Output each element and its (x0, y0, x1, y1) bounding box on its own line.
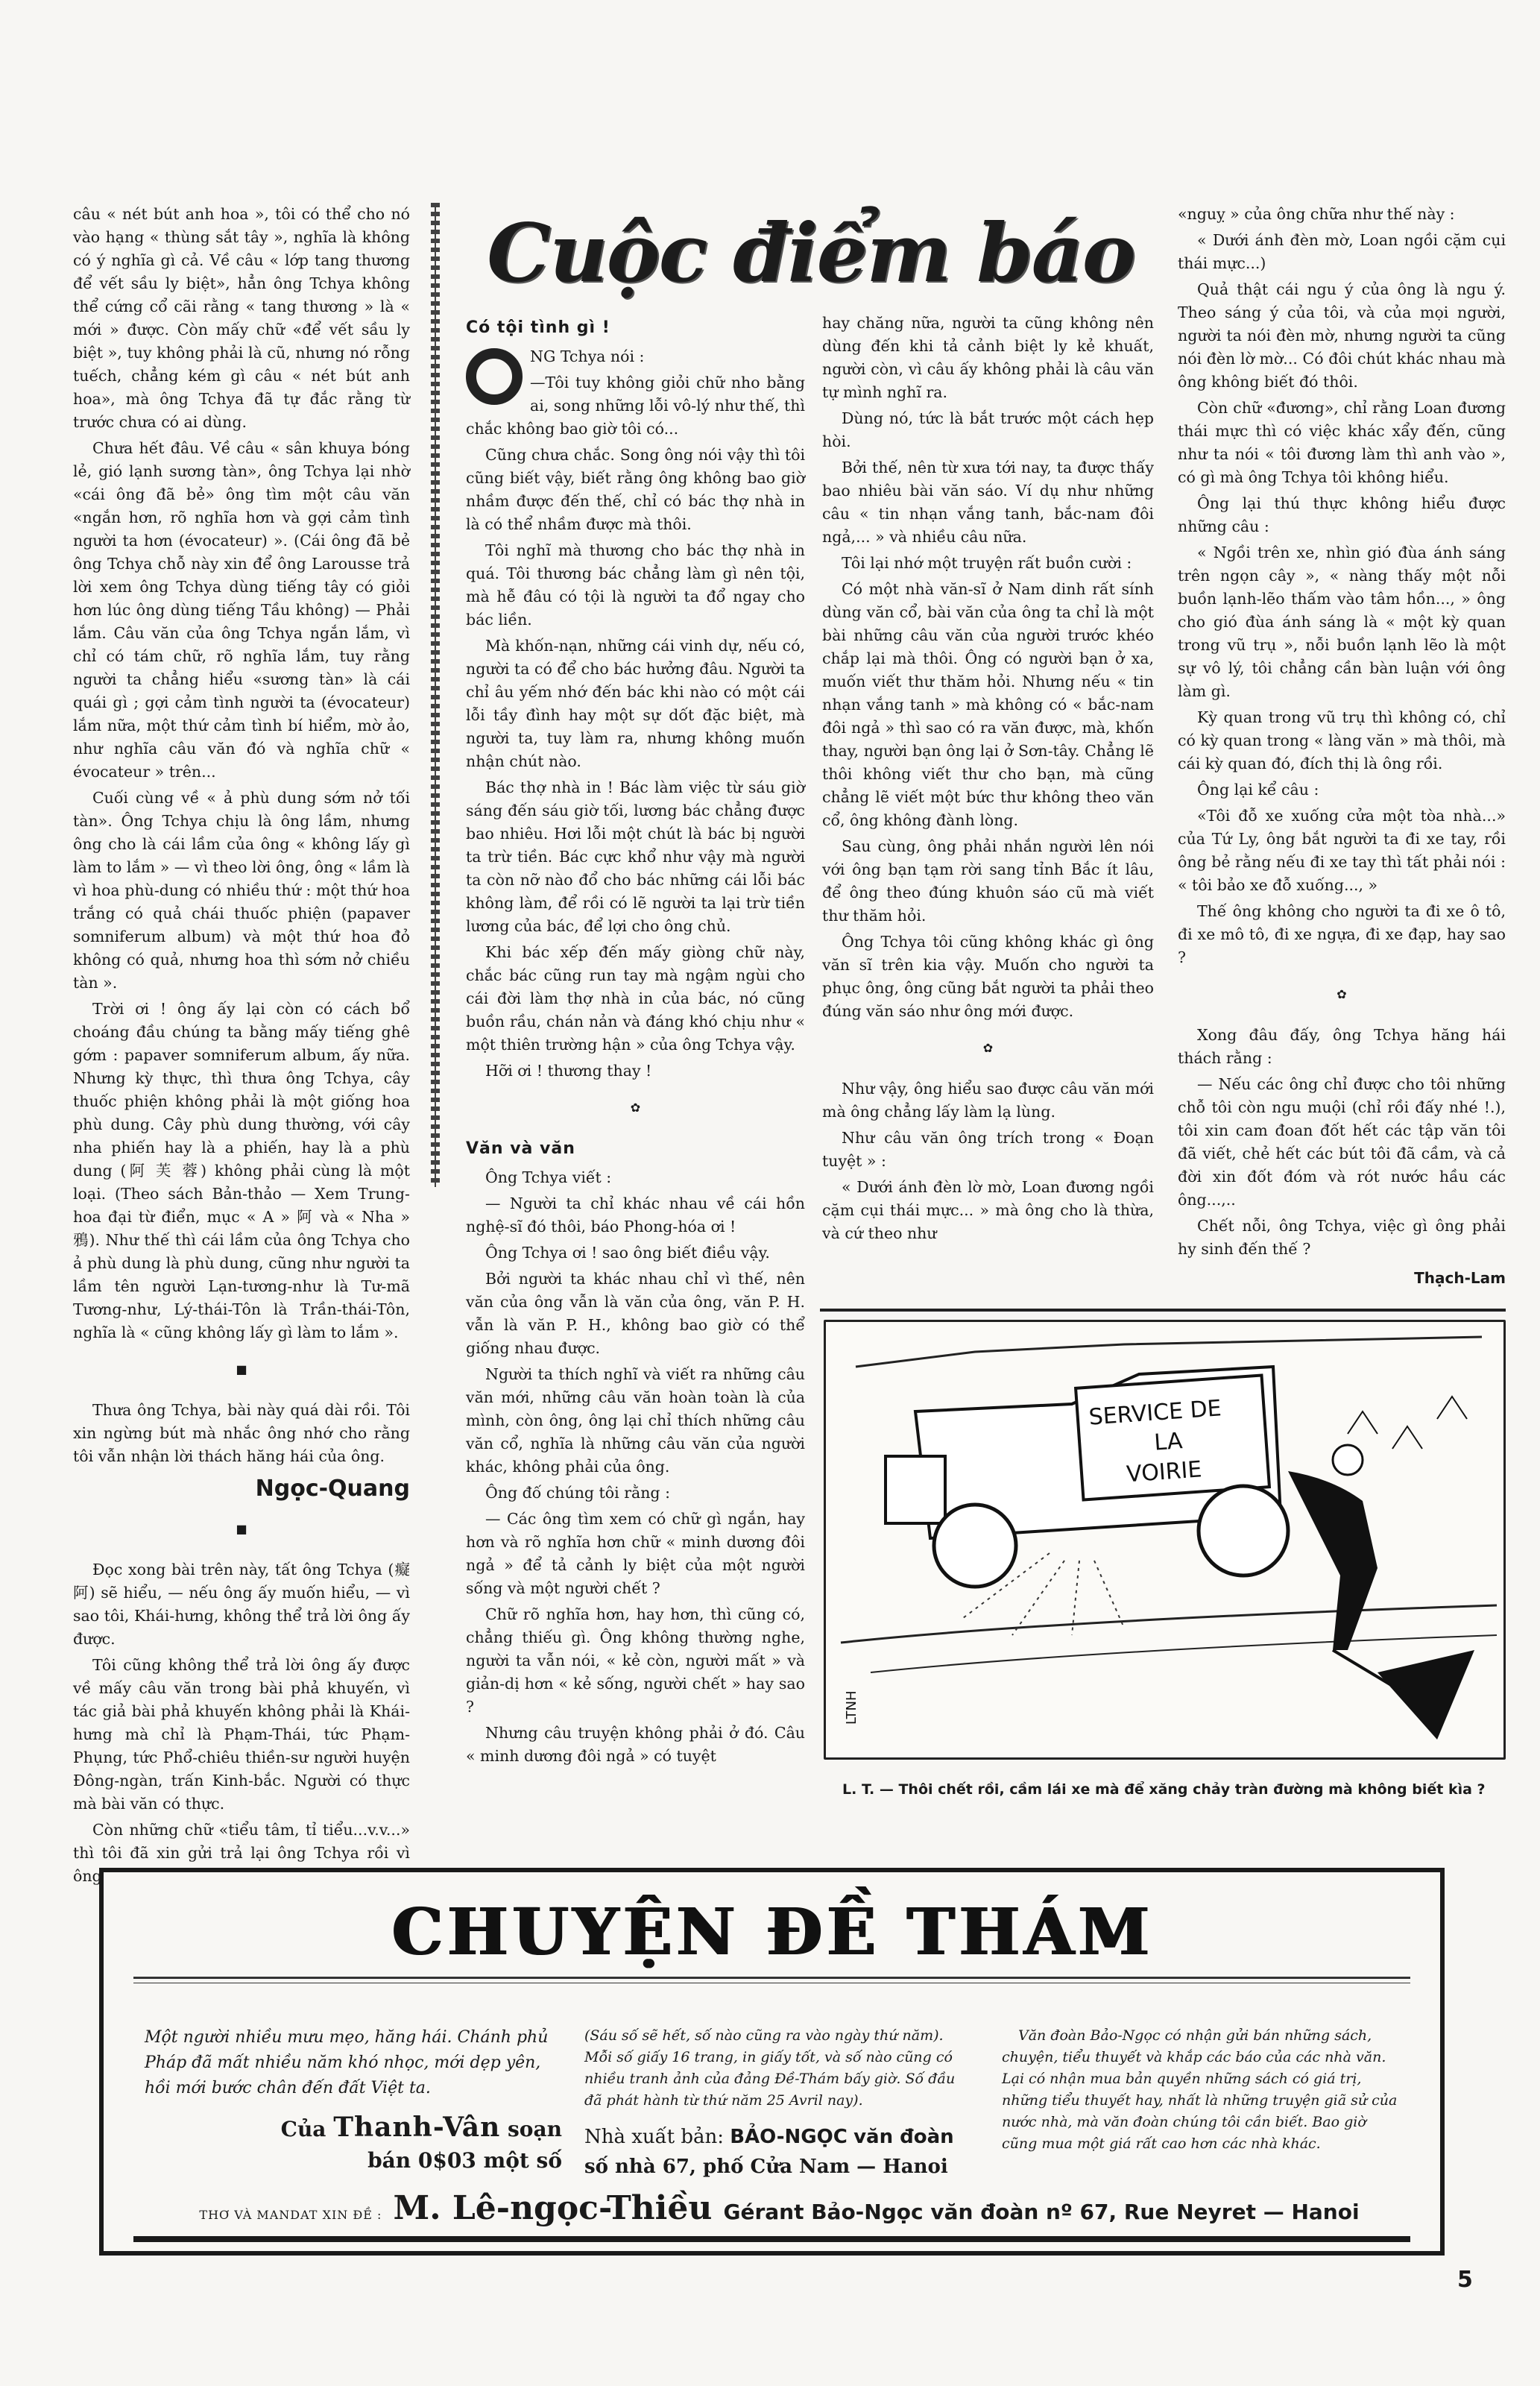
cartoon-caption: L. T. — Thôi chết rồi, cầm lái xe mà để … (842, 1778, 1506, 1801)
paragraph: Bác thợ nhà in ! Bác làm việc từ sáu giờ… (466, 776, 805, 938)
footer-manager: M. Lê-ngọc-Thiều (394, 2189, 713, 2227)
publisher-suffix: văn đoàn (853, 2126, 954, 2148)
paragraph: Như câu văn ông trích trong « Đoạn tuyệt… (822, 1127, 1154, 1173)
paragraph: Ông Tchya tôi cũng không khác gì ông văn… (822, 931, 1154, 1023)
author-signature: Thạch-Lam (1178, 1267, 1506, 1290)
section-separator-icon: ✿ (822, 1036, 1154, 1060)
paragraph: Ông lại thú thực không hiểu được những c… (1178, 492, 1506, 538)
byline-author: Thanh-Vân (333, 2112, 500, 2143)
paragraph: Ông Tchya viết : (466, 1166, 805, 1189)
section-separator-icon: ✿ (466, 1096, 805, 1119)
svg-text:LTNH: LTNH (844, 1690, 859, 1725)
byline-suffix: soạn (508, 2117, 562, 2141)
ad-footer: THƠ VÀ MANDAT XIN ĐỀ : M. Lê-ngọc-Thiều … (148, 2189, 1410, 2227)
footer-address: Gérant Bảo-Ngọc văn đoàn nº 67, Rue Neyr… (723, 2200, 1359, 2224)
paragraph: câu « nét bút anh hoa », tôi có thể cho … (73, 203, 410, 434)
paragraph: Ông lại kể câu : (1178, 778, 1506, 802)
page-number: 5 (1457, 2267, 1473, 2293)
svg-text:VOIRIE: VOIRIE (1126, 1456, 1202, 1488)
paragraph: Quả thật cái ngu ý của ông là ngu ý. The… (1178, 278, 1506, 394)
horizontal-rule (820, 1309, 1506, 1312)
car-cartoon-icon: SERVICE DE LA VOIRIE LTNH (826, 1322, 1506, 1760)
cartoon-illustration: SERVICE DE LA VOIRIE LTNH (824, 1320, 1506, 1760)
publisher-name: BẢO-NGỌC (730, 2126, 848, 2148)
paragraph: Ông Tchya ơi ! sao ông biết điều vậy. (466, 1241, 805, 1265)
byline-prefix: Của (281, 2117, 326, 2141)
paragraph: Như vậy, ông hiểu sao được câu văn mới m… (822, 1077, 1154, 1124)
publisher-label: Nhà xuất bản: (584, 2126, 724, 2148)
paragraph: Bởi thế, nên từ xưa tới nay, ta được thấ… (822, 456, 1154, 549)
article-column-1: câu « nét bút anh hoa », tôi có thể cho … (73, 203, 410, 1927)
paragraph: — Các ông tìm xem có chữ gì ngắn, hay hơ… (466, 1508, 805, 1600)
paragraph: Chưa hết đâu. Về câu « sân khuya bóng lẻ… (73, 437, 410, 784)
paragraph: Trời ơi ! ông ấy lại còn có cách bổ choá… (73, 998, 410, 1344)
paragraph: «nguỵ » của ông chữa như thế này : (1178, 203, 1506, 226)
ad-column-services: Văn đoàn Bảo-Ngọc có nhận gửi bán những … (1002, 2025, 1404, 2155)
newspaper-page: câu « nét bút anh hoa », tôi có thể cho … (0, 0, 1540, 2386)
paragraph: Cũng chưa chắc. Song ông nói vậy thì tôi… (466, 444, 805, 536)
publisher-address: số nhà 67, phố Cửa Nam — Hanoi (584, 2152, 957, 2182)
ad-price: bán 0$03 một số (145, 2145, 562, 2176)
article-column-3: hay chăng nữa, người ta cũng không nên d… (822, 312, 1154, 1248)
paragraph: Còn chữ «đương», chỉ rằng Loan đương thá… (1178, 397, 1506, 489)
paragraph: « Dưới ánh đèn lờ mờ, Loan đương ngồi cặ… (822, 1176, 1154, 1245)
advertisement-box: CHUYỆN ĐỀ THÁM Một người nhiều mưu mẹo, … (99, 1868, 1445, 2256)
ad-divider (133, 1977, 1410, 1979)
paragraph: «Tôi đỗ xe xuống cửa một tòa nhà...» của… (1178, 805, 1506, 897)
paragraph: Người ta thích nghĩ và viết ra những câu… (466, 1363, 805, 1479)
svg-text:LA: LA (1153, 1428, 1184, 1456)
dropcap-o-icon (466, 348, 523, 405)
footer-label: THƠ VÀ MANDAT XIN ĐỀ : (199, 2208, 382, 2222)
paragraph: Tôi nghĩ mà thương cho bác thợ nhà in qu… (466, 539, 805, 632)
paragraph: Thế ông không cho người ta đi xe ô tô, đ… (1178, 900, 1506, 969)
paragraph: — Nếu các ông chỉ được cho tôi những chỗ… (1178, 1073, 1506, 1212)
paragraph: Ông đố chúng tôi rằng : (466, 1482, 805, 1505)
ad-column-description: Một người nhiều mưu mẹo, hăng hái. Chánh… (145, 2025, 562, 2176)
paragraph: Nhưng câu truyện không phải ở đó. Câu « … (466, 1722, 805, 1768)
ad-byline: Của Thanh-Vân soạn bán 0$03 một số (145, 2112, 562, 2176)
paragraph: — Người ta chỉ khác nhau về cái hồn nghệ… (466, 1192, 805, 1238)
paragraph: Thưa ông Tchya, bài này quá dài rồi. Tôi… (73, 1399, 410, 1468)
section-separator-icon: ■ (73, 1517, 410, 1540)
paragraph: Cuối cùng về « ả phù dung sớm nở tối tàn… (73, 787, 410, 995)
ad-description: Một người nhiều mưu mẹo, hăng hái. Chánh… (145, 2025, 562, 2101)
author-signature: Ngọc-Quang (73, 1474, 410, 1504)
paragraph: Chữ rõ nghĩa hơn, hay hơn, thì cũng có, … (466, 1603, 805, 1719)
section-masthead: Cuộc điểm báo (466, 201, 1155, 306)
paragraph: Dùng nó, tức là bắt trước một cách hẹp h… (822, 407, 1154, 453)
paragraph: « Dưới ánh đèn mờ, Loan ngồi cặm cụi thá… (1178, 229, 1506, 275)
paragraph: Tôi lại nhớ một truyện rất buồn cười : (822, 552, 1154, 575)
paragraph: Đọc xong bài trên này, tất ông Tchya (癡 … (73, 1558, 410, 1651)
section-heading: Có tội tình gì ! (466, 316, 805, 339)
paragraph: hay chăng nữa, người ta cũng không nên d… (822, 312, 1154, 404)
ad-divider (133, 1983, 1410, 1983)
paragraph: Chết nỗi, ông Tchya, việc gì ông phải hy… (1178, 1215, 1506, 1261)
ad-title: CHUYỆN ĐỀ THÁM (104, 1895, 1440, 1970)
section-heading: Văn và văn (466, 1137, 805, 1160)
paragraph: Kỳ quan trong vũ trụ thì không có, chỉ c… (1178, 706, 1506, 775)
paragraph: Tôi cũng không thể trả lời ông ấy được v… (73, 1654, 410, 1816)
paragraph: Có một nhà văn-sĩ ở Nam dinh rất sính dù… (822, 578, 1154, 832)
paragraph: « Ngồi trên xe, nhìn gió đùa ánh sáng tr… (1178, 541, 1506, 703)
paragraph: Bởi người ta khác nhau chỉ vì thế, nên v… (466, 1268, 805, 1360)
paragraph: Hỡi ơi ! thương thay ! (466, 1060, 805, 1083)
paragraph: Khi bác xếp đến mấy giòng chữ này, chắc … (466, 941, 805, 1057)
column-divider (431, 203, 440, 1187)
ad-publisher: Nhà xuất bản: BẢO-NGỌC văn đoàn số nhà 6… (584, 2122, 957, 2182)
paragraph: Mà khốn-nạn, những cái vinh dự, nếu có, … (466, 635, 805, 773)
ad-publication-info: (Sáu số sẽ hết, số nào cũng ra vào ngày … (584, 2025, 957, 2112)
article-column-2: Có tội tình gì ! NG Tchya nói : —Tôi tuy… (466, 312, 805, 1771)
ad-column-publication: (Sáu số sẽ hết, số nào cũng ra vào ngày … (584, 2025, 957, 2182)
paragraph: Sau cùng, ông phải nhắn người lên nói vớ… (822, 835, 1154, 928)
article-column-4: «nguỵ » của ông chữa như thế này : « Dướ… (1178, 203, 1506, 1300)
paragraph: Xong đâu đấy, ông Tchya hăng hái thách r… (1178, 1024, 1506, 1070)
section-separator-icon: ■ (73, 1358, 410, 1381)
ad-bottom-rule (133, 2236, 1410, 2242)
section-separator-icon: ✿ (1178, 983, 1506, 1006)
